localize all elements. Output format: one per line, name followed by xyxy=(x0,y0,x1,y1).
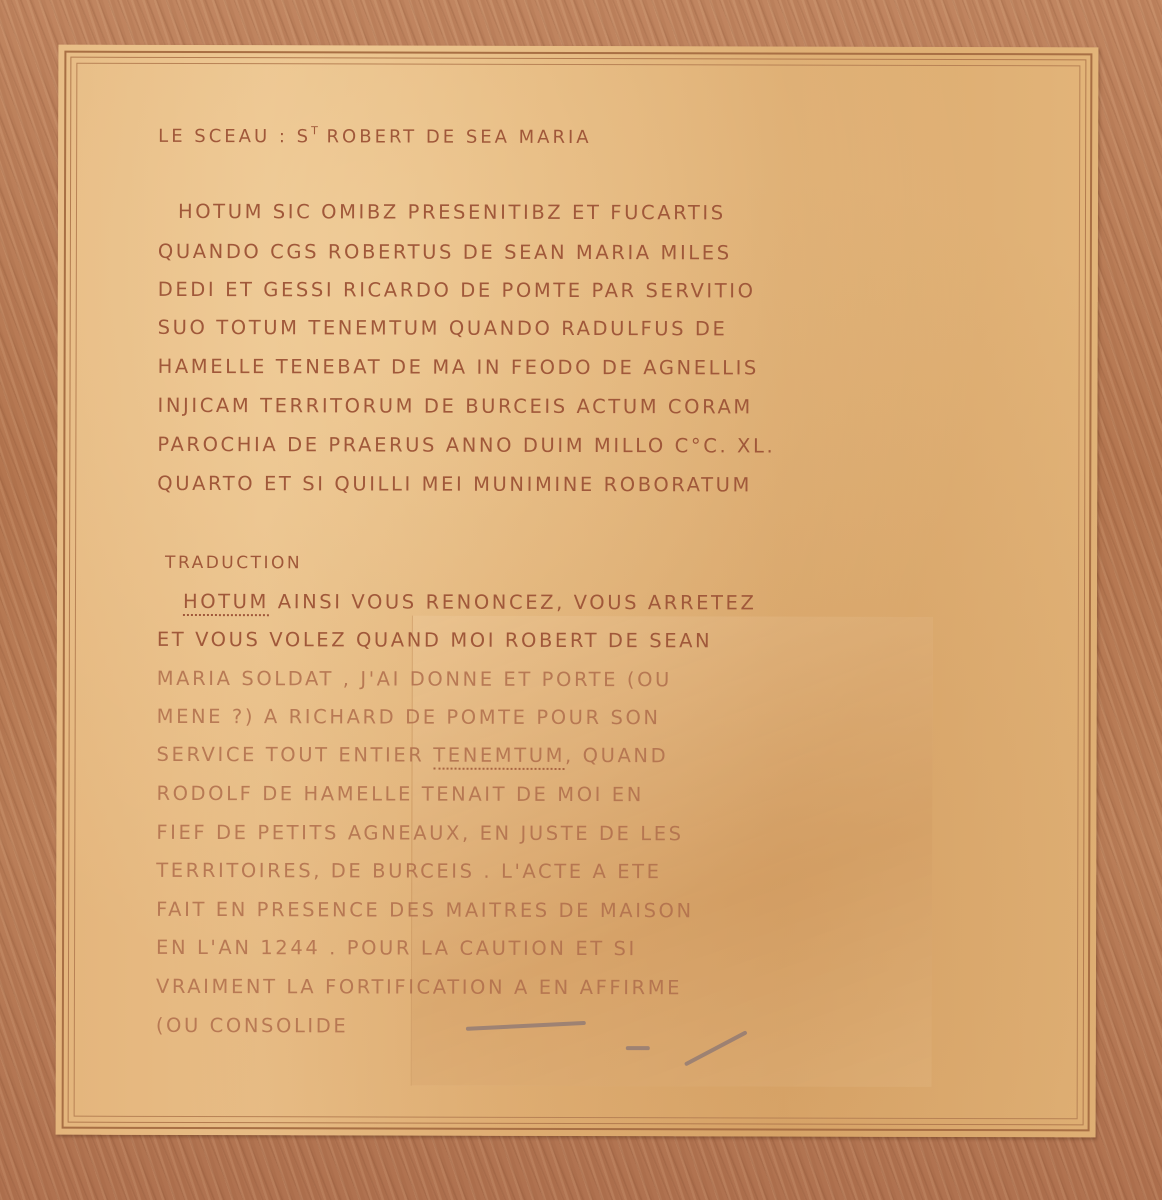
paper-label: LE SCEAU : St ROBERT DE SEA MARIA HOTUM … xyxy=(56,45,1099,1138)
translation-text: , QUAND xyxy=(565,744,668,767)
translation-line: MARIA SOLDAT , J'AI DONNE ET PORTE (OU xyxy=(157,669,672,690)
title-rest: ROBERT DE SEA MARIA xyxy=(318,126,592,148)
translation-line: MENE ?) A RICHARD DE POMTE POUR SON xyxy=(157,707,661,728)
latin-line: HOTUM SIC OMIBZ PRESENITIBZ ET FUCARTIS xyxy=(178,202,726,223)
latin-line: QUARTO ET SI QUILLI MEI MUNIMINE ROBORAT… xyxy=(157,474,752,495)
translation-line: SERVICE TOUT ENTIER TENEMTUM, QUAND xyxy=(157,745,669,766)
latin-line: INJICAM TERRITORUM DE BURCEIS ACTUM CORA… xyxy=(157,396,752,417)
translation-line: EN L'AN 1244 . POUR LA CAUTION ET SI xyxy=(156,938,637,959)
translation-text: SERVICE TOUT ENTIER xyxy=(157,743,425,767)
translation-line: RODOLF DE HAMELLE TENAIT DE MOI EN xyxy=(156,784,644,805)
translation-text: AINSI VOUS RENONCEZ, VOUS ARRETEZ xyxy=(269,590,756,614)
latin-line: HAMELLE TENEBAT DE MA IN FEODO DE AGNELL… xyxy=(158,357,759,378)
latin-line: DEDI ET GESSI RICARDO DE POMTE PAR SERVI… xyxy=(158,280,756,301)
translation-line: (OU CONSOLIDE xyxy=(156,1016,349,1036)
translation-line: FAIT EN PRESENCE DES MAITRES DE MAISON xyxy=(156,900,694,921)
underlined-word: HOTUM xyxy=(183,590,269,616)
translation-line: ET VOUS VOLEZ QUAND MOI ROBERT DE SEAN xyxy=(157,630,712,651)
latin-line: PAROCHIA DE PRAERUS ANNO DUIM MILLO C°C.… xyxy=(157,435,775,456)
latin-line: SUO TOTUM TENEMTUM QUANDO RADULFUS DE xyxy=(158,318,728,339)
document-title: LE SCEAU : St ROBERT DE SEA MARIA xyxy=(158,125,592,147)
latin-line: QUANDO CGS ROBERTUS DE SEAN MARIA MILES xyxy=(158,242,732,263)
title-prefix: LE SCEAU : S xyxy=(158,126,311,147)
underlined-word: TENEMTUM xyxy=(433,744,565,770)
translation-line: TERRITOIRES, DE BURCEIS . L'ACTE A ETE xyxy=(156,861,661,882)
translation-line: HOTUM AINSI VOUS RENONCEZ, VOUS ARRETEZ xyxy=(183,592,757,613)
translation-line: FIEF DE PETITS AGNEAUX, EN JUSTE DE LES xyxy=(156,823,683,844)
translation-line: VRAIMENT LA FORTIFICATION A EN AFFIRME xyxy=(156,977,682,998)
translation-heading: TRADUCTION xyxy=(165,555,302,572)
paper-tear-mark xyxy=(626,1046,650,1050)
